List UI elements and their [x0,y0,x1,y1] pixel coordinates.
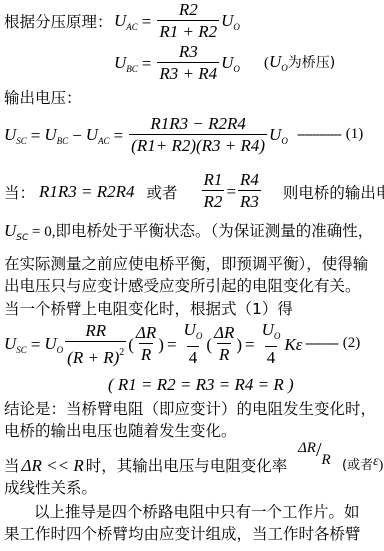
fraction: R3 R3 + R4 [157,42,219,85]
text-line: 当一个桥臂上电阻变化时，根据式（1）得 [4,297,293,319]
label-output-voltage: 输出电压： [4,86,82,108]
subscript: O [233,64,240,74]
equals-sign: = [142,12,152,32]
fraction: R1 R2 [202,170,225,213]
change-rate: ΔR/R [298,441,331,464]
fraction: ΔR R [134,323,158,366]
balance-condition: 当： R1R3 = R2R4 或者 R1 R2 = R4 R3 则电桥的输出电压 [4,170,384,213]
fraction: ΔR R [212,323,236,366]
equation-2: USC = UO RR (R + R)2 ( ΔR R ) = UO 4 ( Δ… [4,320,302,369]
numerator: R2 [177,0,200,20]
var-u: U [114,11,126,30]
var-u: U [114,53,126,72]
subscript: AC [126,22,138,32]
equation-1-tag: ------------ (1) [297,124,363,143]
fraction: R1R3 − R2R4 (R1+ R2)(R3 + R4) [129,114,267,157]
equation-2-tag: --------- (2) [305,333,360,352]
denominator: R1 + R2 [157,20,219,43]
text-line: 在实际测量之前应使电桥平衡，即预调平衡），使得输 [4,252,368,274]
equal-resistors-condition: ( R1 = R2 = R3 = R4 = R ) [108,375,294,395]
fraction: UO 4 [260,320,283,369]
fraction: R2 R1 + R2 [157,0,219,43]
equation-ubc: UBC = R3 R3 + R4 UO [114,42,240,85]
note-bridge-voltage: (UO为桥压) [264,52,335,73]
text-line: 成线性关系。 [4,476,97,498]
text-line: 果工作时四个桥臂均由应变计组成，当工作时各桥臂 [4,522,361,544]
equation-uac: UAC = R2 R1 + R2 UO [114,0,240,43]
text-line: 出电压只与应变计感受应变所引起的电阻变化有关。 [4,274,361,296]
conclusion-line: 电桥的输出电压也随着发生变化。 [4,419,237,441]
conclusion-line: 结论是：当桥臂电阻（即应变计）的电阻发生变化时， [4,397,376,419]
fraction: RR (R + R)2 [65,321,126,369]
balance-state-line: USC = 0,即电桥处于平衡状态。（为保证测量的准确性， [4,219,373,243]
equals-sign: = [142,54,152,74]
equation-1: USC = UBC − UAC = R1R3 − R2R4 (R1+ R2)(R… [4,114,288,157]
fraction: R4 R3 [238,170,261,213]
text-line: 以上推导是四个桥路电阻中只有一个工作片。如 [34,500,360,522]
fraction: UO 4 [182,320,205,369]
var-u: U [221,11,233,30]
or-epsilon: (或者ε) [342,454,383,474]
label-voltage-divider: 根据分压原理： [4,10,113,32]
linear-relation-line: 当ΔR << R时，其输出电压与电阻变化率 [4,454,287,476]
denominator: R3 + R4 [157,62,219,85]
numerator: R3 [177,42,200,62]
subscript: BC [126,64,138,74]
var-u: U [221,53,233,72]
subscript: O [233,22,240,32]
